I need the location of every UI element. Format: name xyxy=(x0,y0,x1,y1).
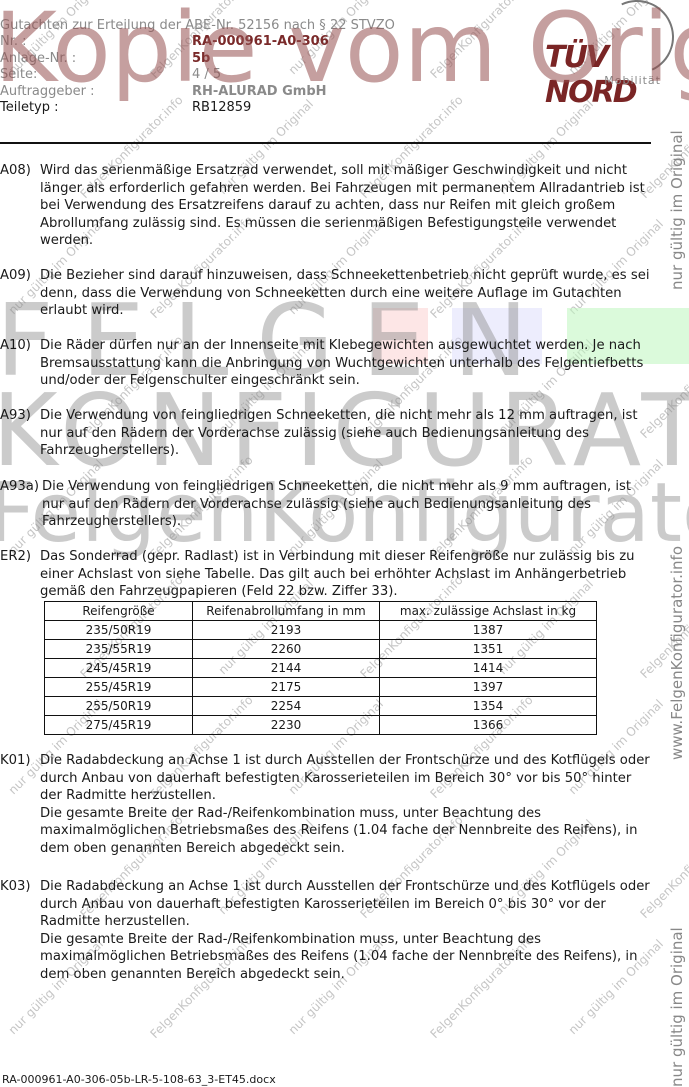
table-cell: 1414 xyxy=(380,659,597,678)
table-cell: 275/45R19 xyxy=(45,716,193,735)
tire-load-table: Reifengröße Reifenabrollumfang in mm max… xyxy=(44,601,597,735)
table-cell: 1366 xyxy=(380,716,597,735)
clause-code: A08) xyxy=(0,162,31,180)
table-cell: 235/55R19 xyxy=(45,640,193,659)
table-cell: 2193 xyxy=(193,621,380,640)
clause-text: Die Radabdeckung an Achse 1 ist durch Au… xyxy=(40,878,655,931)
table-row: 275/45R1922301366 xyxy=(45,716,597,735)
side-watermark-validity-bottom: nur gültig im Original xyxy=(668,927,686,1087)
table-cell: 1397 xyxy=(380,678,597,697)
header-field-seite: Seite: 4 / 5 xyxy=(0,67,395,83)
header-field-anlage: Anlage-Nr. : 5b xyxy=(0,51,395,67)
clause-text: Die Verwendung von feingliedrigen Schnee… xyxy=(42,478,657,531)
clause-code: K03) xyxy=(0,878,31,896)
clause-a10: A10) Die Räder dürfen nur an der Innense… xyxy=(0,337,660,390)
table-row: 255/50R1922541354 xyxy=(45,697,597,716)
clause-text: Die Verwendung von feingliedrigen Schnee… xyxy=(40,407,655,460)
table-row: 245/45R1921441414 xyxy=(45,659,597,678)
clause-code: A93) xyxy=(0,407,31,425)
header-divider xyxy=(0,142,651,144)
header-field-auftraggeber: Auftraggeber : RH-ALURAD GmbH xyxy=(0,84,395,100)
table-cell: 255/50R19 xyxy=(45,697,193,716)
footer-filename: RA-000961-A0-306-05b-LR-5-108-63_3-ET45.… xyxy=(2,1073,276,1086)
table-cell: 235/50R19 xyxy=(45,621,193,640)
column-header: Reifengröße xyxy=(45,602,193,621)
clause-a08: A08) Wird das serienmäßige Ersatzrad ver… xyxy=(0,162,660,250)
diagonal-watermark-text: FelgenKonfigurator.info xyxy=(427,0,535,81)
tuv-nord-logo: TÜV NORD Mobilität xyxy=(545,40,665,88)
field-value: RA-000961-A0-306 xyxy=(192,34,329,50)
table-cell: 2175 xyxy=(193,678,380,697)
table-cell: 2144 xyxy=(193,659,380,678)
side-watermark-url: www.FelgenKonfigurator.info xyxy=(668,546,686,760)
clause-code: A93a) xyxy=(0,478,39,496)
table-cell: 2230 xyxy=(193,716,380,735)
field-label: Nr. : xyxy=(0,34,192,50)
table-cell: 1354 xyxy=(380,697,597,716)
table-cell: 255/45R19 xyxy=(45,678,193,697)
clause-a93: A93) Die Verwendung von feingliedrigen S… xyxy=(0,407,660,460)
clause-k01: K01) Die Radabdeckung an Achse 1 ist dur… xyxy=(0,752,660,858)
document-page: nur gültig im OriginalFelgenKonfigurator… xyxy=(0,0,689,1087)
logo-subtitle: Mobilität xyxy=(604,74,661,87)
table-cell: 2260 xyxy=(193,640,380,659)
table-row: 255/45R1921751397 xyxy=(45,678,597,697)
table-header-row: Reifengröße Reifenabrollumfang in mm max… xyxy=(45,602,597,621)
clause-code: K01) xyxy=(0,752,31,770)
column-header: max. zulässige Achslast in kg xyxy=(380,602,597,621)
document-header: Gutachten zur Erteilung der ABE-Nr. 5215… xyxy=(0,18,395,116)
clause-text: Die gesamte Breite der Rad-/Reifenkombin… xyxy=(40,805,655,858)
clause-a09: A09) Die Bezieher sind darauf hinzuweise… xyxy=(0,267,660,320)
table-cell: 2254 xyxy=(193,697,380,716)
field-value: RB12859 xyxy=(192,100,251,116)
clause-code: ER2) xyxy=(0,548,31,566)
header-field-teiletyp: Teiletyp : RB12859 xyxy=(0,100,395,116)
field-value: RH-ALURAD GmbH xyxy=(192,84,327,100)
clause-a93a: A93a) Die Verwendung von feingliedrigen … xyxy=(0,478,660,531)
clause-er2: ER2) Das Sonderrad (gepr. Radlast) ist i… xyxy=(0,548,660,601)
field-value: 5b xyxy=(192,51,210,67)
table-row: 235/50R1921931387 xyxy=(45,621,597,640)
clause-code: A10) xyxy=(0,337,31,355)
field-value: 4 / 5 xyxy=(192,67,221,83)
table-cell: 1387 xyxy=(380,621,597,640)
clause-text: Wird das serienmäßige Ersatzrad verwende… xyxy=(40,162,655,250)
field-label: Teiletyp : xyxy=(0,100,192,116)
document-title: Gutachten zur Erteilung der ABE-Nr. 5215… xyxy=(0,18,395,34)
clause-text: Die gesamte Breite der Rad-/Reifenkombin… xyxy=(40,931,655,984)
table-row: 235/55R1922601351 xyxy=(45,640,597,659)
header-field-nr: Nr. : RA-000961-A0-306 xyxy=(0,34,395,50)
table-cell: 245/45R19 xyxy=(45,659,193,678)
clause-text: Die Räder dürfen nur an der Innenseite m… xyxy=(40,337,655,390)
table-cell: 1351 xyxy=(380,640,597,659)
field-label: Auftraggeber : xyxy=(0,84,192,100)
clause-code: A09) xyxy=(0,267,31,285)
field-label: Anlage-Nr. : xyxy=(0,51,192,67)
clause-text: Die Radabdeckung an Achse 1 ist durch Au… xyxy=(40,752,655,805)
clause-text: Die Bezieher sind darauf hinzuweisen, da… xyxy=(40,267,655,320)
clause-text: Das Sonderrad (gepr. Radlast) ist in Ver… xyxy=(40,548,655,601)
clause-k03: K03) Die Radabdeckung an Achse 1 ist dur… xyxy=(0,878,660,984)
column-header: Reifenabrollumfang in mm xyxy=(193,602,380,621)
side-watermark-validity: nur gültig im Original xyxy=(668,130,686,290)
field-label: Seite: xyxy=(0,67,192,83)
